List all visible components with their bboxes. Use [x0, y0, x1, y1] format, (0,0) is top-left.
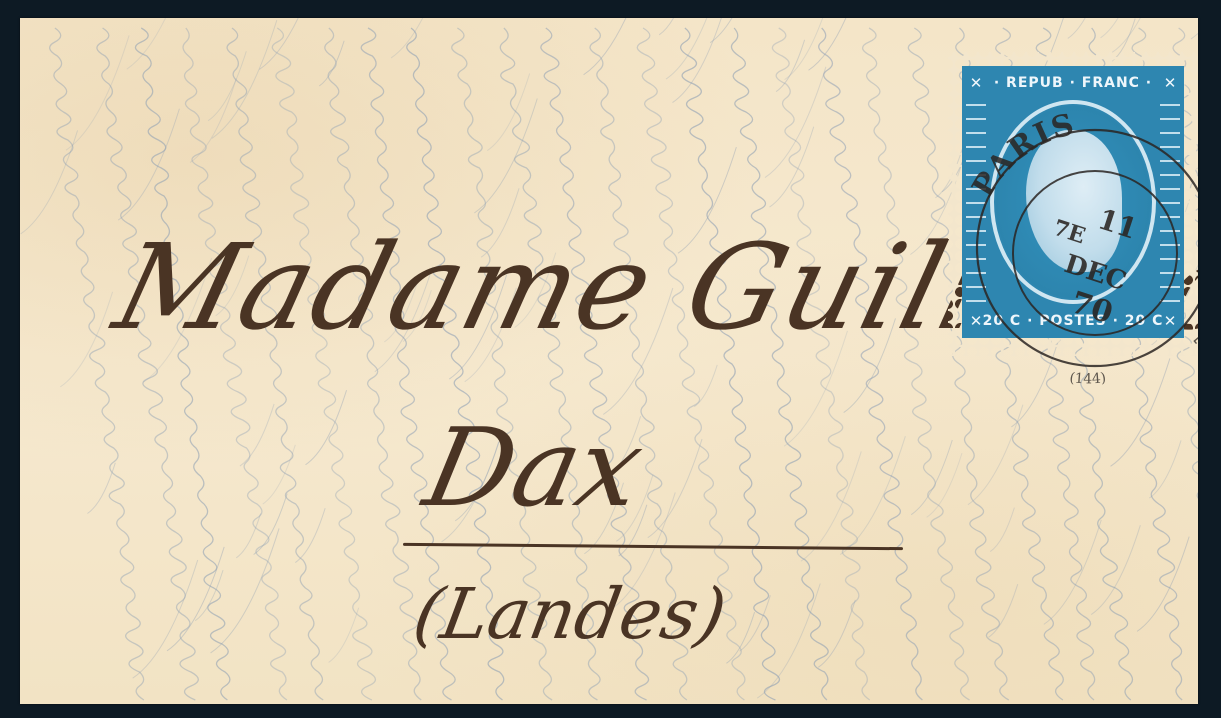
- stamp-medallion: [990, 100, 1156, 304]
- address-department: (Landes): [408, 573, 733, 655]
- stamp-left-border: [966, 98, 986, 306]
- address-city: Dax: [415, 406, 653, 531]
- stamp-right-border: [1160, 98, 1180, 306]
- stamp-top-label: · REPUB · FRANC ·: [962, 72, 1184, 94]
- stamp-face: ✕ ✕ ✕ ✕ · REPUB · FRANC · 20 C · POSTES …: [962, 66, 1184, 338]
- postage-stamp: ✕ ✕ ✕ ✕ · REPUB · FRANC · 20 C · POSTES …: [948, 52, 1198, 356]
- stamp-bottom-label: 20 C · POSTES · 20 C: [962, 310, 1184, 332]
- envelope: Madame Guillemois Dax (Landes) ✕ ✕ ✕ ✕ ·…: [20, 18, 1198, 704]
- ceres-head-icon: [1026, 130, 1122, 272]
